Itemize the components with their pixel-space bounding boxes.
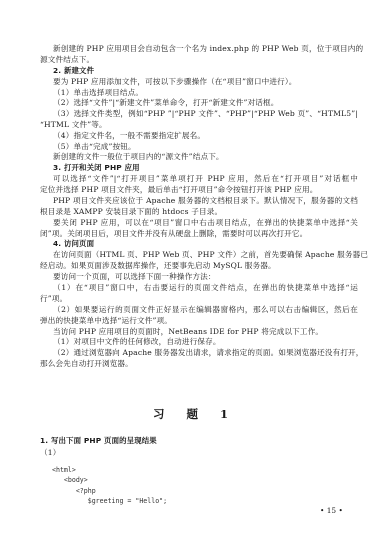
paragraph-line: 经启动。如果页面涉及数据库操作，还要事先启动 MySQL 服务器。 [40,261,358,271]
paragraph-line: 闭”项。关闭项目后，项目文件并没有从硬盘上删除，需要时可以再次打开它。 [40,229,358,239]
section-heading: 3. 打开和关闭 PHP 应用 [53,163,358,173]
paragraph-line: （1）对项目中文件的任何修改，自动进行保存。 [53,337,358,347]
paragraph-line: （2）通过浏览器向 Apache 服务器发出请求，请求指定的页面。如果浏览器还没… [53,348,358,358]
paragraph-line: PHP 项目文件夹应该位于 Apache 服务器的文档根目录下。默认情况下，服务… [53,196,358,206]
paragraph-line: 弹出的快捷菜单中选择“运行文件”项。 [40,316,358,326]
paragraph-line: （1）在“项目”窗口中，右击要运行的页面文件结点，在弹出的快捷菜单中选择“运 [53,283,358,293]
paragraph-line: 源文件结点下。 [40,55,358,65]
paragraph-line: 要关闭 PHP 应用，可以在“项目”窗口中右击项目结点，在弹出的快捷菜单中选择“… [53,218,358,228]
paragraph-line: 根目录是 XAMPP 安装目录下面的 htdocs 子目录。 [40,207,358,217]
paragraph-line: 要为 PHP 应用添加文件，可按以下步骤操作（在“项目”窗口中进行）。 [53,77,358,87]
code-line: <html> [52,465,76,475]
paragraph-line: （2）选择“文件”|“新建文件”菜单命令，打开“新建文件”对话框。 [53,98,358,108]
paragraph-line: 在访问页面（HTML 页、PHP Web 页、PHP 文件）之前，首先要确保 A… [53,250,358,260]
paragraph-line: 当访问 PHP 应用项目的页面时，NetBeans IDE for PHP 将完… [53,327,358,337]
page-number: • 15 • [320,506,343,515]
document-page: 新创建的 PHP 应用项目会自动包含一个名为 index.php 的 PHP W… [0,0,390,546]
code-line: $greeting = "Hello"; [52,496,167,506]
code-line: <?php [52,486,96,496]
paragraph-line: “HTML 文件”等。 [40,120,358,130]
paragraph-line: 那么会先自动打开浏览器。 [40,359,358,369]
paragraph-line: （3）选择文件类型，例如“PHP ”|“PHP 文件”、“PHP”|“PHP W… [53,109,358,119]
paragraph-line: （1）单击选择项目结点。 [53,88,358,98]
paragraph-line: 行”项。 [40,294,358,304]
section-heading: 2. 新建文件 [53,66,358,76]
paragraph-line: 定位并选择 PHP 项目文件夹，最后单击“打开项目”命令按钮打开该 PHP 应用… [40,185,358,195]
paragraph-line: （2）如果要运行的页面文件正好显示在编辑器窗格内，那么可以右击编辑区，然后在 [53,305,358,315]
paragraph-line: （5）单击“完成”按钮。 [53,142,358,152]
paragraph-line: 要访问一个页面，可以选择下面一种操作方法： [53,272,358,282]
section-heading: 4. 访问页面 [53,239,358,249]
code-line: <body> [52,475,88,485]
paragraph-line: 新创建的 PHP 应用项目会自动包含一个名为 index.php 的 PHP W… [53,44,358,54]
paragraph-line: 可以选择“文件”|“打开项目”菜单项打开 PHP 应用，然后在“打开项目”对话框… [53,174,358,184]
sub-question-label: （1） [40,448,358,458]
paragraph-line: 新创建的文件一般位于项目内的“源文件”结点下。 [53,152,358,162]
exercise-title: 习 题 1 [0,406,390,422]
paragraph-line: （4）指定文件名，一般不需要指定扩展名。 [53,131,358,141]
question-heading: 1. 写出下面 PHP 页面的呈现结果 [40,436,358,446]
